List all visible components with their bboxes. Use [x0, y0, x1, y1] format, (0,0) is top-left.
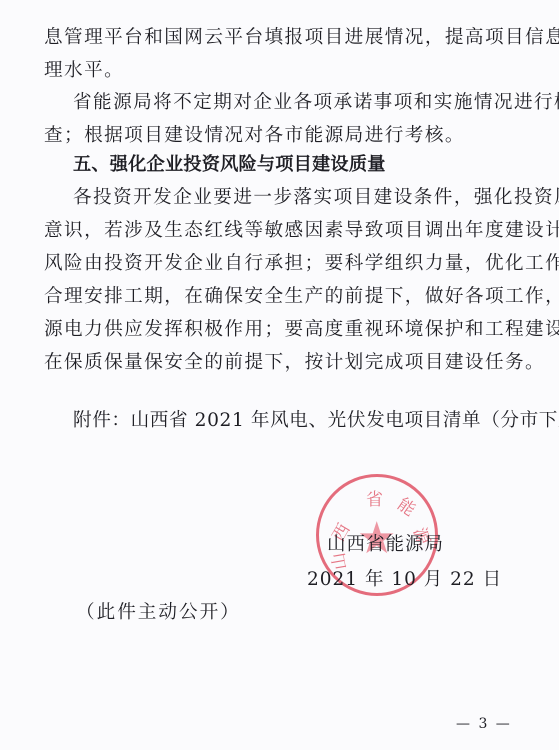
issue-date: 2021 年 10 月 22 日: [307, 569, 502, 591]
section-heading: 五、强化企业投资风险与项目建设质量: [73, 154, 386, 176]
attachment-note: 附件：山西省 2021 年风电、光伏发电项目清单（分市下发）: [73, 410, 559, 432]
body-line: 源电力供应发挥积极作用；要高度重视环境保护和工程建设质量，: [44, 319, 559, 341]
body-line: 理水平。: [44, 60, 124, 82]
seal-char: 省: [366, 485, 383, 510]
body-line: 合理安排工期，在确保安全生产的前提下，做好各项工作，为能: [44, 286, 559, 308]
body-line: 查；根据项目建设情况对各市能源局进行考核。: [44, 125, 465, 147]
body-line: 风险由投资开发企业自行承担；要科学组织力量，优化工作流程，: [44, 253, 559, 275]
body-line: 在保质保量保安全的前提下，按计划完成项目建设任务。: [44, 352, 545, 374]
body-line: 省能源局将不定期对企业各项承诺事项和实施情况进行核: [73, 92, 559, 114]
seal-char: 能: [393, 490, 421, 520]
body-line: 各投资开发企业要进一步落实项目建设条件，强化投资风险: [73, 187, 559, 209]
body-line: 息管理平台和国网云平台填报项目进展情况，提高项目信息化管: [44, 27, 559, 49]
page-number: — 3 —: [456, 716, 512, 732]
issuer-name: 山西省能源局: [327, 534, 444, 556]
disclosure-note: （此件主动公开）: [76, 602, 241, 624]
body-line: 意识，若涉及生态红线等敏感因素导致项目调出年度建设计划，: [44, 220, 559, 242]
